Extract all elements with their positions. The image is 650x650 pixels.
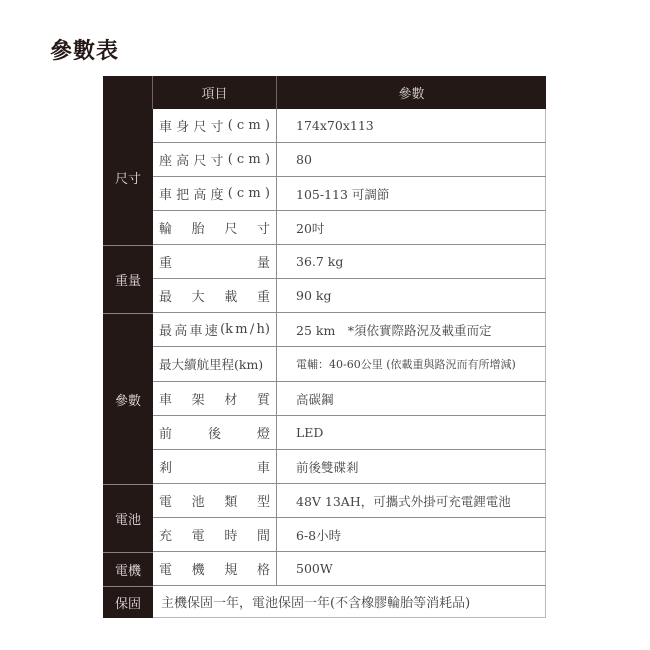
row-item-label: 最大續航里程(km) bbox=[153, 347, 277, 381]
category-motor: 電機 bbox=[103, 552, 153, 586]
table-row: 前後燈 LED bbox=[153, 416, 546, 450]
item-char: 速 bbox=[205, 320, 218, 339]
item-char: 材 bbox=[224, 389, 237, 408]
item-char: 車 bbox=[190, 320, 203, 339]
item-char: ) bbox=[265, 118, 270, 133]
row-value: 25 km *須依實際路況及載重而定 bbox=[277, 313, 546, 346]
item-char: 量 bbox=[257, 252, 270, 271]
item-char: 電 bbox=[192, 525, 205, 544]
item-char: 電 bbox=[159, 491, 172, 510]
table-row: 電機規格 500W bbox=[153, 552, 546, 586]
category-size: 尺寸 bbox=[103, 109, 153, 245]
table-row: 最高車速(km/h) 25 km *須依實際路況及載重而定 bbox=[153, 313, 546, 347]
item-char: 架 bbox=[192, 389, 205, 408]
item-char: c bbox=[237, 152, 244, 167]
item-char: 寸 bbox=[211, 150, 224, 169]
item-char: m bbox=[235, 322, 247, 337]
item-char: ( bbox=[228, 118, 233, 133]
table-row: 最大載重 90 kg bbox=[153, 279, 546, 313]
row-item-label: 車架材質 bbox=[153, 382, 277, 415]
item-char: ( bbox=[228, 186, 233, 201]
row-value: 36.7 kg bbox=[277, 245, 546, 278]
item-char: 剎 bbox=[159, 457, 172, 476]
item-char: 車 bbox=[257, 457, 270, 476]
item-char: 型 bbox=[257, 491, 270, 510]
item-char: 類 bbox=[224, 491, 237, 510]
category-weight: 重量 bbox=[103, 245, 153, 313]
item-char: 燈 bbox=[257, 423, 270, 442]
item-char: 度 bbox=[211, 184, 224, 203]
item-char: ) bbox=[265, 152, 270, 167]
row-item-label: 充電時間 bbox=[153, 518, 277, 551]
item-char: 重 bbox=[159, 252, 172, 271]
item-char: m bbox=[248, 118, 260, 133]
row-item-label: 座高尺寸(cm) bbox=[153, 143, 277, 176]
item-char: 充 bbox=[159, 525, 172, 544]
table-header: 項目 參數 bbox=[103, 76, 546, 109]
item-char: (k bbox=[220, 322, 233, 337]
item-char: 座 bbox=[159, 150, 172, 169]
row-item-label: 電池類型 bbox=[153, 484, 277, 517]
item-char: / bbox=[250, 322, 254, 337]
item-char: 池 bbox=[192, 491, 205, 510]
row-item-label: 剎車 bbox=[153, 450, 277, 483]
item-char: 尺 bbox=[224, 218, 237, 237]
row-value: 174x70x113 bbox=[277, 109, 546, 142]
item-char: 載 bbox=[224, 286, 237, 305]
table-row: 座高尺寸(cm) 80 bbox=[153, 143, 546, 177]
table-row: 重量 36.7 kg bbox=[153, 245, 546, 279]
item-char: m bbox=[248, 152, 260, 167]
row-value: LED bbox=[277, 416, 546, 449]
item-char: 最 bbox=[159, 286, 172, 305]
table-row: 輪胎尺寸 20吋 bbox=[153, 211, 546, 245]
table-row: 最大續航里程(km) 電輔：40-60公里 (依載重與路況而有所增減) bbox=[153, 347, 546, 382]
category-params: 參數 bbox=[103, 313, 153, 484]
item-char: ) bbox=[265, 186, 270, 201]
item-char: 間 bbox=[257, 525, 270, 544]
item-char: 高 bbox=[174, 320, 187, 339]
row-value: 6-8小時 bbox=[277, 518, 546, 551]
row-value: 20吋 bbox=[277, 211, 546, 244]
row-value: 90 kg bbox=[277, 279, 546, 312]
row-item-label: 車把高度(cm) bbox=[153, 177, 277, 210]
item-char: 身 bbox=[176, 116, 189, 135]
table-row: 車架材質 高碳鋼 bbox=[153, 382, 546, 416]
item-char: c bbox=[237, 186, 244, 201]
item-char: 機 bbox=[192, 559, 205, 578]
table-row: 剎車 前後雙碟剎 bbox=[153, 450, 546, 484]
row-item-label: 最高車速(km/h) bbox=[153, 313, 277, 346]
item-char: 後 bbox=[208, 423, 221, 442]
row-value: 500W bbox=[277, 552, 546, 585]
row-item-label: 最大載重 bbox=[153, 279, 277, 312]
item-char: 輪 bbox=[159, 218, 172, 237]
item-char: 尺 bbox=[193, 150, 206, 169]
table-row-warranty: 主機保固一年，電池保固一年(不含橡膠輪胎等消耗品) bbox=[153, 586, 546, 618]
item-char: 車 bbox=[159, 184, 172, 203]
item-char: 規 bbox=[224, 559, 237, 578]
item-char: 時 bbox=[224, 525, 237, 544]
table-row: 車身尺寸(cm) 174x70x113 bbox=[153, 109, 546, 143]
row-value: 48V 13AH，可攜式外掛可充電鋰電池 bbox=[277, 484, 546, 517]
item-char: 大 bbox=[192, 286, 205, 305]
item-char: m bbox=[248, 186, 260, 201]
item-char: 重 bbox=[257, 286, 270, 305]
warranty-value: 主機保固一年，電池保固一年(不含橡膠輪胎等消耗品) bbox=[153, 586, 546, 617]
item-char: h) bbox=[256, 322, 269, 337]
item-char: 寸 bbox=[257, 218, 270, 237]
table-row: 充電時間 6-8小時 bbox=[153, 518, 546, 552]
item-char: 尺 bbox=[193, 116, 206, 135]
item-char: 高 bbox=[176, 150, 189, 169]
row-value: 高碳鋼 bbox=[277, 382, 546, 415]
item-char: ( bbox=[228, 152, 233, 167]
item-char: 最 bbox=[159, 320, 172, 339]
row-item-label: 電機規格 bbox=[153, 552, 277, 585]
item-char: 格 bbox=[257, 559, 270, 578]
row-value: 80 bbox=[277, 143, 546, 176]
item-char: 胎 bbox=[192, 218, 205, 237]
row-item-label: 重量 bbox=[153, 245, 277, 278]
header-value: 參數 bbox=[277, 76, 546, 109]
row-item-label: 前後燈 bbox=[153, 416, 277, 449]
item-char: 前 bbox=[159, 423, 172, 442]
item-char: 電 bbox=[159, 559, 172, 578]
category-battery: 電池 bbox=[103, 484, 153, 552]
item-char: 車 bbox=[159, 116, 172, 135]
header-blank-cell bbox=[103, 76, 153, 109]
row-item-label: 車身尺寸(cm) bbox=[153, 109, 277, 142]
row-item-label: 輪胎尺寸 bbox=[153, 211, 277, 244]
item-char: 質 bbox=[257, 389, 270, 408]
header-item: 項目 bbox=[153, 76, 277, 109]
item-char: 寸 bbox=[211, 116, 224, 135]
row-value: 105-113 可調節 bbox=[277, 177, 546, 210]
item-char: 把 bbox=[176, 184, 189, 203]
category-warranty: 保固 bbox=[103, 586, 153, 618]
item-char: 車 bbox=[159, 389, 172, 408]
item-char: c bbox=[237, 118, 244, 133]
row-value: 電輔：40-60公里 (依載重與路況而有所增減) bbox=[277, 347, 546, 381]
table-row: 電池類型 48V 13AH，可攜式外掛可充電鋰電池 bbox=[153, 484, 546, 518]
item-char: 高 bbox=[193, 184, 206, 203]
row-value: 前後雙碟剎 bbox=[277, 450, 546, 483]
table-row: 車把高度(cm) 105-113 可調節 bbox=[153, 177, 546, 211]
page-title: 參數表 bbox=[50, 34, 119, 65]
